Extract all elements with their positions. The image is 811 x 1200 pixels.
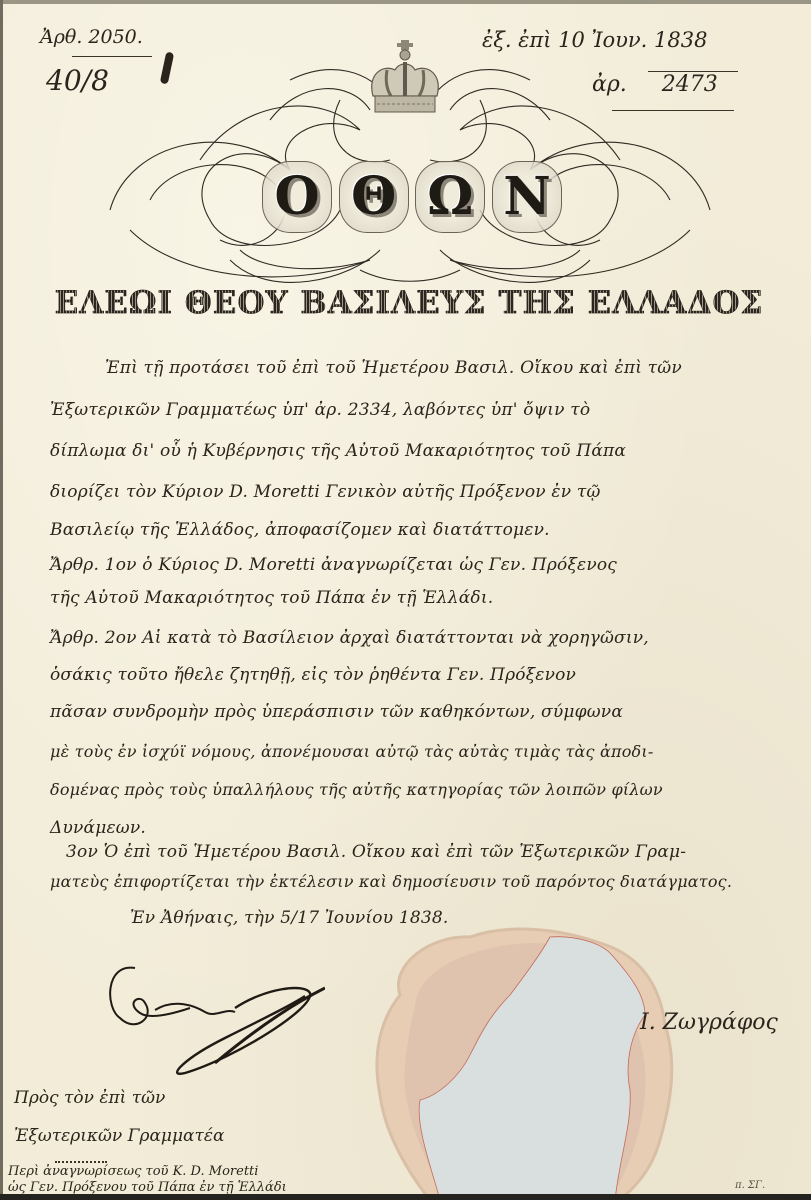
addressee-line: Πρὸς τὸν ἐπὶ τῶν bbox=[14, 1088, 165, 1108]
body-line: Βασιλείῳ τῆς Ἑλλάδος, ἀποφασίζομεν καὶ δ… bbox=[50, 520, 550, 540]
subject-line: ὡς Γεν. Πρόξενου τοῦ Πάπα ἐν τῇ Ἑλλάδι bbox=[8, 1180, 287, 1194]
body-line: Ἐπὶ τῇ προτάσει τοῦ ἐπὶ τοῦ Ἡμετέρου Βασ… bbox=[105, 358, 682, 378]
registry-number: Ἀρθ. 2050. bbox=[40, 26, 143, 48]
monogram-letter-4: Ν bbox=[492, 161, 562, 233]
page-left-edge bbox=[0, 0, 3, 1194]
dispatch-date: ἐξ. ἐπὶ 10 Ἰουν. 1838 bbox=[482, 28, 707, 52]
body-line: δίπλωμα δι' οὗ ἡ Κυβέρνησις τῆς Αὐτοῦ Μα… bbox=[50, 441, 626, 461]
body-line: Ἐξωτερικῶν Γραμματέως ὑπ' ἀρ. 2334, λαβό… bbox=[50, 400, 590, 420]
royal-crown-icon bbox=[363, 38, 447, 118]
king-signature-icon bbox=[95, 948, 325, 1078]
article-3-line: 3ον Ὁ ἐπὶ τοῦ Ἡμετέρου Βασιλ. Οἴκου καὶ … bbox=[66, 842, 686, 862]
article-2-line: ὁσάκις τοῦτο ἤθελε ζητηθῇ, εἰς τὸν ῥηθέν… bbox=[50, 665, 576, 685]
article-3-line: ματεὺς ἐπιφορτίζεται τὴν ἐκτέλεσιν καὶ δ… bbox=[50, 872, 732, 891]
article-1-line: Ἄρθρ. 1ον ὁ Κύριος D. Moretti ἀναγνωρίζε… bbox=[50, 555, 617, 575]
article-2-line: μὲ τοὺς ἐν ἰσχύϊ νόμους, ἀπονέμουσαι αὐτ… bbox=[50, 742, 653, 761]
minister-signature: Ι. Ζωγράφος bbox=[640, 1010, 778, 1035]
page-top-edge bbox=[0, 0, 811, 4]
body-line: διορίζει τὸν Κύριον D. Moretti Γενικὸν α… bbox=[50, 482, 601, 502]
article-2-line: πᾶσαν συνδρομὴν πρὸς ὑπεράσπισιν τῶν καθ… bbox=[50, 702, 623, 722]
wax-seal-remnant-icon bbox=[360, 925, 680, 1194]
addressee-underline bbox=[55, 1155, 107, 1163]
archive-page-mark: π. ΣΓ. bbox=[735, 1180, 765, 1191]
page-bottom-edge bbox=[0, 1194, 811, 1200]
monogram-letter-3: Ω bbox=[415, 161, 485, 233]
article-2-line: Ἄρθρ. 2ον Αἱ κατὰ τὸ Βασίλειον ἀρχαὶ δια… bbox=[50, 628, 649, 648]
subject-line: Περὶ ἀναγνωρίσεως τοῦ Κ. D. Moretti bbox=[8, 1164, 258, 1179]
addressee-line: Ἐξωτερικῶν Γραμματέα bbox=[14, 1126, 225, 1146]
monogram-letter-1: Ο bbox=[262, 161, 332, 233]
article-2-line: Δυνάμεων. bbox=[50, 818, 146, 838]
royal-monogram: Ο Θ Ω Ν bbox=[262, 160, 562, 234]
royal-title: ΕΛΕΩΙ ΘΕΟΥ ΒΑΣΙΛΕΥΣ ΤΗΣ ΕΛΛΑΔΟΣ bbox=[34, 285, 784, 321]
monogram-letter-2: Θ bbox=[339, 161, 409, 233]
registry-rule bbox=[72, 56, 152, 57]
document-page: Ἀρθ. 2050. 40/8 ἐξ. ἐπὶ 10 Ἰουν. 1838 ἀρ… bbox=[0, 0, 811, 1194]
article-2-line: δομένας πρὸς τοὺς ὑπαλλήλους τῆς αὐτῆς κ… bbox=[50, 780, 663, 799]
article-1-line: τῆς Αὐτοῦ Μακαριότητος τοῦ Πάπα ἐν τῇ Ἑλ… bbox=[50, 588, 493, 608]
